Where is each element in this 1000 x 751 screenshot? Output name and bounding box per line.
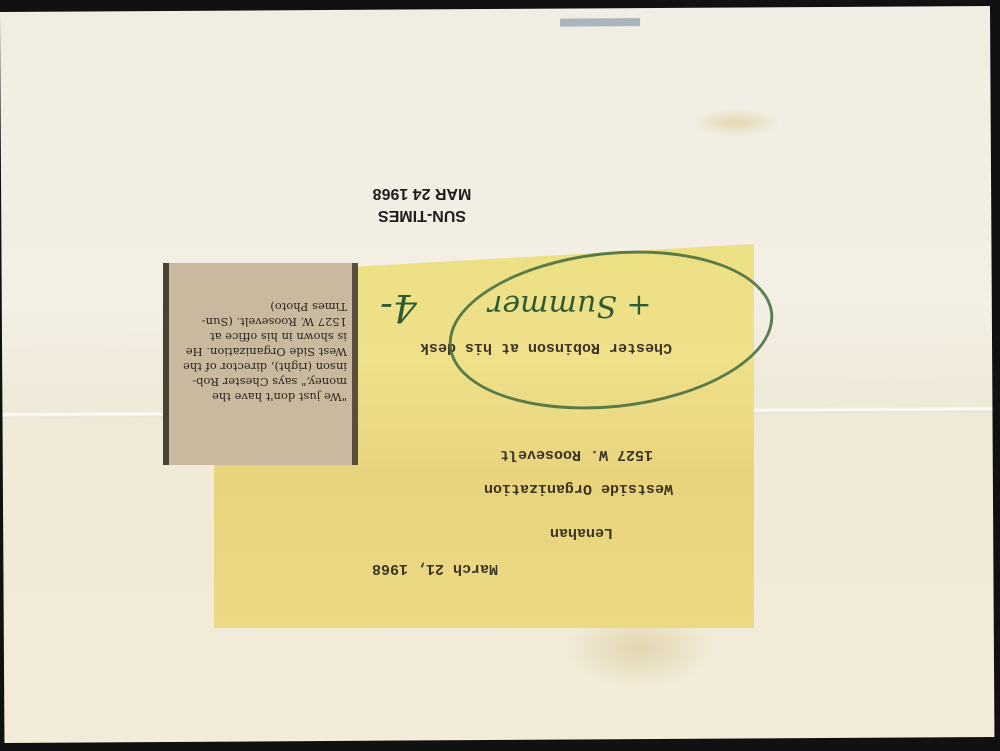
caption-byline: Lenahan [550,524,613,541]
caption-date: March 21, 1968 [372,560,498,577]
tape-strip [560,18,640,26]
clipping-line: "We just don't have the [177,389,347,404]
handwritten-number: 4- [380,286,417,330]
clipping-line: money," says Chester Rob- [177,374,347,389]
clipping-line: inson (right), director of the [177,359,347,374]
clipping-line: 1527 W. Roosevelt. (Sun- [177,314,347,329]
newspaper-clipping: "We just don't have the money," says Che… [163,263,358,465]
clipping-text: "We just don't have the money," says Che… [177,299,347,404]
stamp-publisher: SUN-TIMES [372,204,472,226]
clipping-line: Times Photo) [177,299,347,314]
handwritten-note: + Summer [488,288,652,323]
clipping-line: West Side Organization. He [177,344,347,359]
stamp-date: MAR 24 1968 [372,182,472,204]
caption-organization: Westside Organization [484,480,673,497]
date-stamp: SUN-TIMES MAR 24 1968 [372,176,472,226]
caption-address: 1527 W. Roosevelt [500,446,653,463]
clipping-line: is shown in his office at [177,329,347,344]
stain [691,107,781,138]
